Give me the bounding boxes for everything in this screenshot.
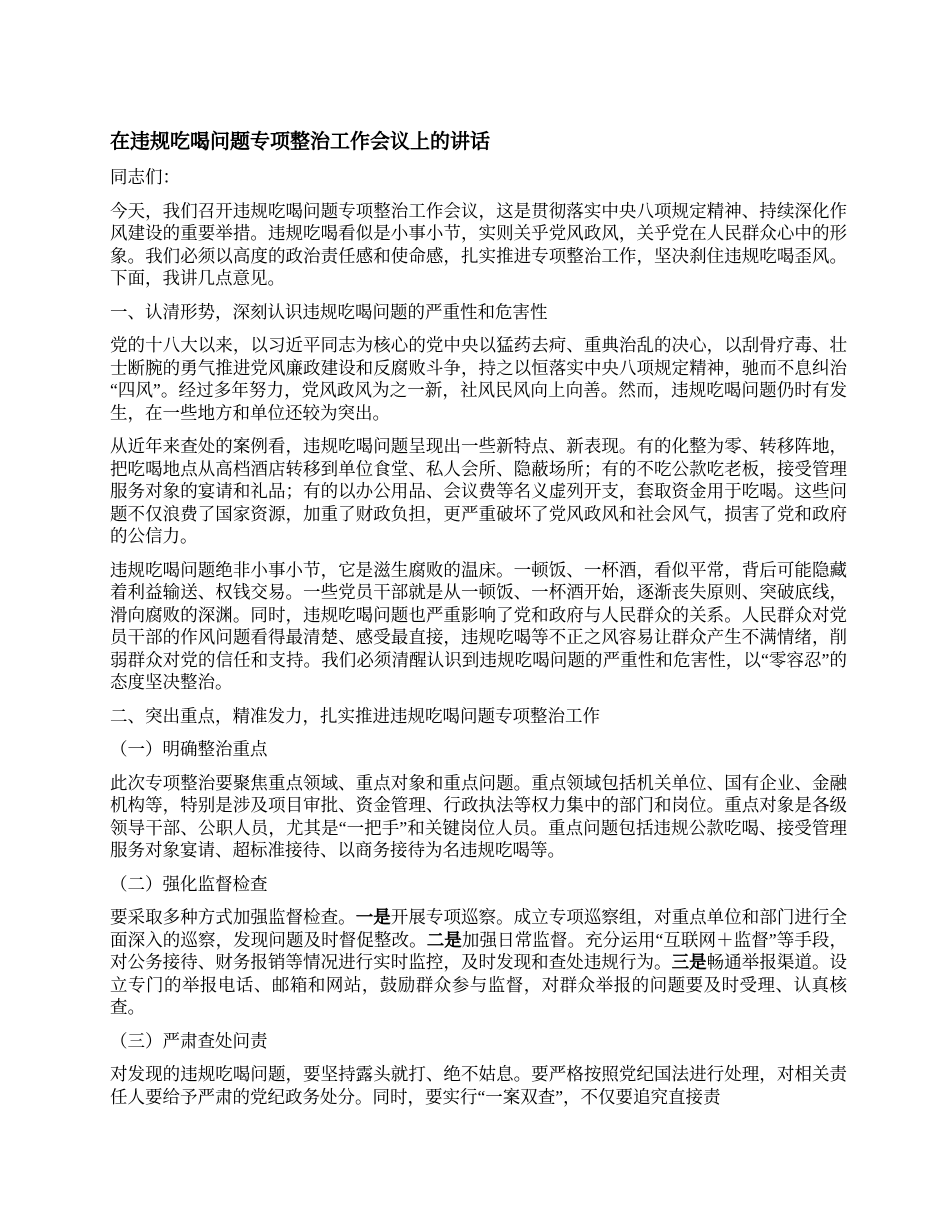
body-paragraph: 违规吃喝问题绝非小事小节，它是滋生腐败的温床。一顿饭、一杯酒，看似平常，背后可能… — [110, 559, 847, 694]
section-heading: （二）强化监督检查 — [110, 873, 847, 896]
body-paragraph: 此次专项整治要聚焦重点领域、重点对象和重点问题。重点领域包括机关单位、国有企业、… — [110, 772, 847, 862]
section-heading: （一）明确整治重点 — [110, 738, 847, 761]
text-run: 违规吃喝问题绝非小事小节，它是滋生腐败的温床。一顿饭、一杯酒，看似平常，背后可能… — [110, 560, 847, 693]
text-run: （一）明确整治重点 — [110, 739, 268, 759]
bold-text-run: 三是 — [672, 952, 707, 972]
text-run: 一、认清形势，深刻认识违规吃喝问题的严重性和危害性 — [110, 302, 548, 322]
text-run: 今天，我们召开违规吃喝问题专项整治工作会议，这是贯彻落实中央八项规定精神、持续深… — [110, 201, 847, 289]
text-run: 从近年来查处的案例看，违规吃喝问题呈现出一些新特点、新表现。有的化整为零、转移阵… — [110, 436, 847, 546]
bold-text-run: 一是 — [356, 907, 391, 927]
section-heading: 二、突出重点，精准发力，扎实推进违规吃喝问题专项整治工作 — [110, 705, 847, 728]
bold-text-run: 二是 — [427, 930, 462, 950]
document-body: 今天，我们召开违规吃喝问题专项整治工作会议，这是贯彻落实中央八项规定精神、持续深… — [110, 200, 847, 1109]
section-heading: （三）严肃查处问责 — [110, 1030, 847, 1053]
text-run: 对发现的违规吃喝问题，要坚持露头就打、绝不姑息。要严格按照党纪国法进行处理，对相… — [110, 1064, 847, 1107]
body-paragraph: 要采取多种方式加强监督检查。一是开展专项巡察。成立专项巡察组，对重点单位和部门进… — [110, 906, 847, 1019]
document-page: 在违规吃喝问题专项整治工作会议上的讲话 同志们： 今天，我们召开违规吃喝问题专项… — [0, 0, 950, 1230]
body-paragraph: 从近年来查处的案例看，违规吃喝问题呈现出一些新特点、新表现。有的化整为零、转移阵… — [110, 435, 847, 548]
text-run: 二、突出重点，精准发力，扎实推进违规吃喝问题专项整治工作 — [110, 706, 600, 726]
document-title: 在违规吃喝问题专项整治工作会议上的讲话 — [110, 130, 847, 154]
text-run: （二）强化监督检查 — [110, 874, 268, 894]
body-paragraph: 对发现的违规吃喝问题，要坚持露头就打、绝不姑息。要严格按照党纪国法进行处理，对相… — [110, 1063, 847, 1108]
section-heading: 一、认清形势，深刻认识违规吃喝问题的严重性和危害性 — [110, 301, 847, 324]
body-paragraph: 党的十八大以来，以习近平同志为核心的党中央以猛药去疴、重典治乱的决心，以刮骨疗毒… — [110, 334, 847, 424]
salutation: 同志们： — [110, 166, 847, 189]
text-run: 党的十八大以来，以习近平同志为核心的党中央以猛药去疴、重典治乱的决心，以刮骨疗毒… — [110, 335, 847, 423]
text-run: 此次专项整治要聚焦重点领域、重点对象和重点问题。重点领域包括机关单位、国有企业、… — [110, 773, 847, 861]
text-run: 要采取多种方式加强监督检查。 — [110, 907, 356, 927]
body-paragraph: 今天，我们召开违规吃喝问题专项整治工作会议，这是贯彻落实中央八项规定精神、持续深… — [110, 200, 847, 290]
text-run: （三）严肃查处问责 — [110, 1031, 268, 1051]
